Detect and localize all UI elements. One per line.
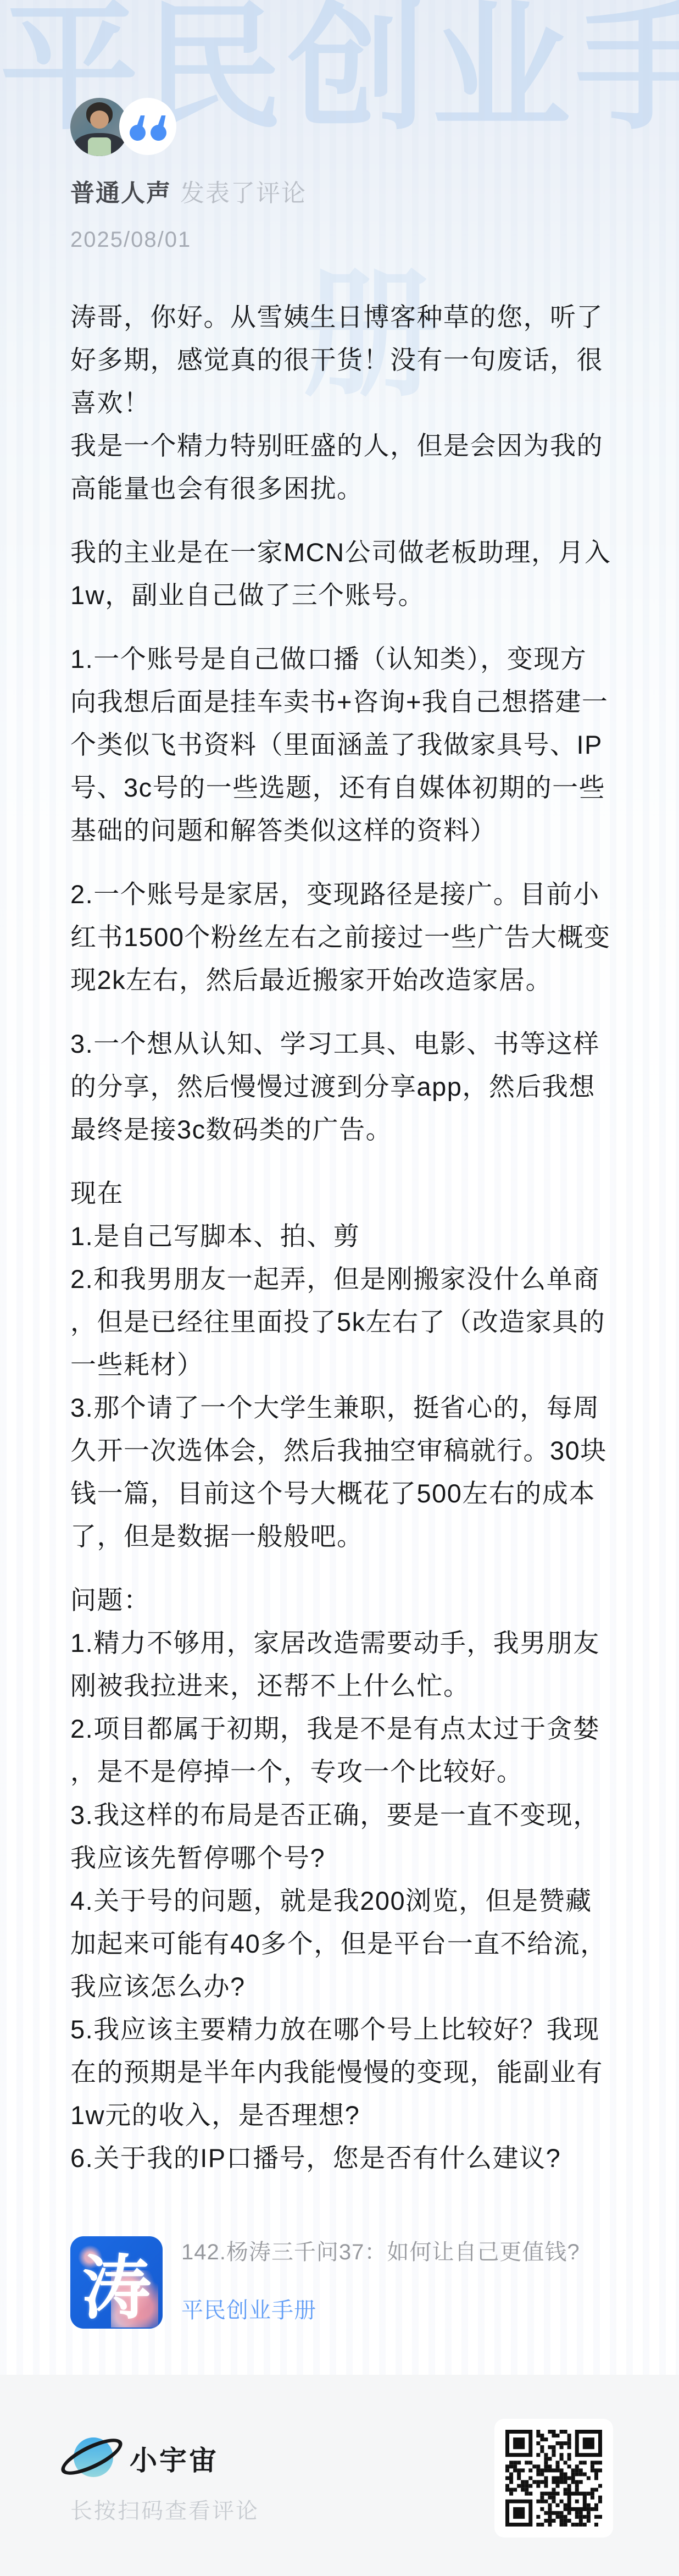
episode-cover: 涛 — [70, 2236, 163, 2329]
scan-hint: 长按扫码查看评论 — [70, 2494, 259, 2525]
comment-paragraph: 2.一个账号是家居，变现路径是接广。目前小红书1500个粉丝左右之前接过一些广告… — [70, 873, 613, 1002]
avatar-photo-shape — [88, 137, 111, 156]
quote-mark-icon — [130, 115, 146, 141]
qr-code — [494, 2419, 613, 2538]
comment-body: 涛哥，你好。从雪姨生日博客种草的您，听了好多期，感觉真的很干货！没有一句废话，很… — [70, 296, 613, 2214]
cover-character: 涛 — [70, 2236, 163, 2329]
comment-paragraph: 问题： 1.精力不够用，家居改造需要动手，我男朋友刚被我拉进来，还帮不上什么忙。… — [70, 1579, 613, 2179]
comment-paragraph: 我的主业是在一家MCN公司做老板助理，月入1w，副业自己做了三个账号。 — [70, 531, 613, 617]
share-card: 平民创业手 册 普通人声发表了评论 2025/08/01 涛哥，你好。从雪姨生日… — [0, 0, 679, 2576]
comment-date: 2025/08/01 — [70, 228, 191, 252]
comment-paragraph: 涛哥，你好。从雪姨生日博客种草的您，听了好多期，感觉真的很干货！没有一句废话，很… — [70, 296, 613, 510]
username: 普通人声 — [70, 180, 171, 207]
byline-action: 发表了评论 — [180, 180, 307, 207]
podcast-name: 平民创业手册 — [181, 2293, 613, 2324]
quote-mark-icon — [151, 115, 166, 141]
comment-paragraph: 3.一个想从认知、学习工具、电影、书等这样的分享，然后慢慢过渡到分享app，然后… — [70, 1022, 613, 1151]
app-brand: 小宇宙 — [68, 2434, 219, 2483]
episode-meta: 142.杨涛三千问37：如何让自己更值钱? 平民创业手册 — [181, 2236, 613, 2329]
comment-paragraph: 现在 1.是自己写脚本、拍、剪 2.和我男朋友一起弄，但是刚搬家没什么单商，但是… — [70, 1172, 613, 1558]
app-name: 小宇宙 — [130, 2439, 219, 2478]
xiaoyuzhou-planet-icon — [68, 2434, 118, 2483]
avatar-photo-shape — [90, 110, 109, 129]
footer: 小宇宙 长按扫码查看评论 — [0, 2375, 679, 2576]
qr-code-image — [505, 2430, 602, 2527]
comment-paragraph: 1.一个账号是自己做口播（认知类），变现方向我想后面是挂车卖书+咨询+我自己想搭… — [70, 638, 613, 852]
episode-title: 142.杨涛三千问37：如何让自己更值钱? — [181, 2238, 613, 2266]
byline: 普通人声发表了评论 — [70, 179, 307, 208]
quote-icon — [119, 98, 176, 155]
episode-card[interactable]: 涛 142.杨涛三千问37：如何让自己更值钱? 平民创业手册 — [70, 2236, 613, 2329]
